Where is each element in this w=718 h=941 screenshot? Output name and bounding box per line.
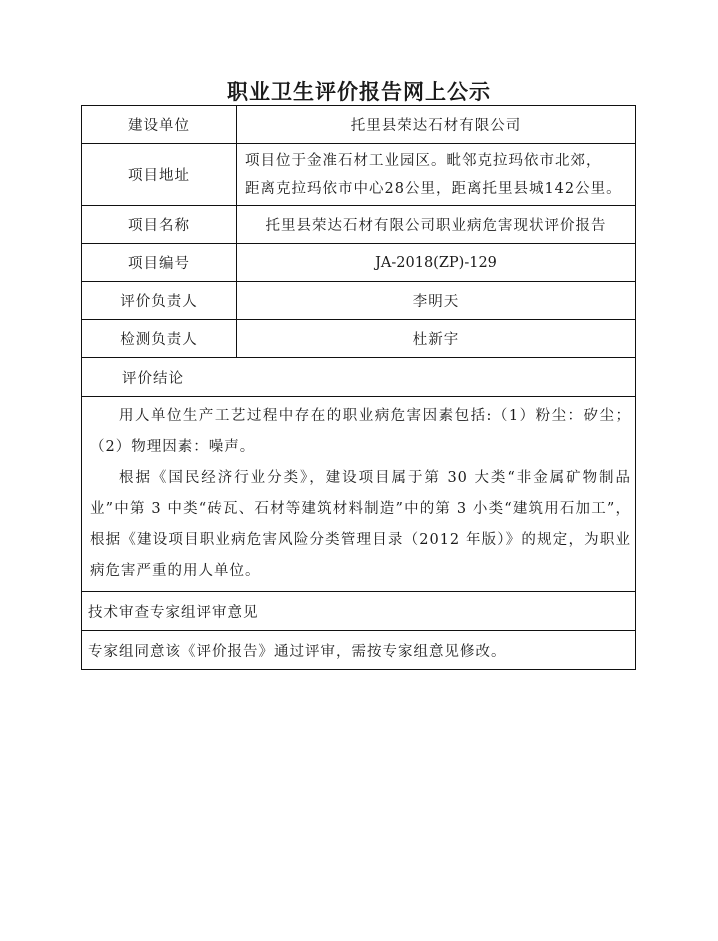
- label-evaluation-lead: 评价负责人: [82, 282, 237, 320]
- conclusion-paragraph-1: 用人单位生产工艺过程中存在的职业病危害因素包括:（1）粉尘：矽尘；（2）物理因素…: [90, 401, 631, 463]
- value-project-name: 托里县荣达石材有限公司职业病危害现状评价报告: [237, 206, 636, 244]
- table-row: 项目地址 项目位于金准石材工业园区。毗邻克拉玛依市北郊， 距离克拉玛依市中心28…: [82, 144, 636, 206]
- table-row: 项目编号 JA-2018(ZP)-129: [82, 244, 636, 282]
- review-text: 专家组同意该《评价报告》通过评审，需按专家组意见修改。: [82, 631, 636, 670]
- disclosure-table: 建设单位 托里县荣达石材有限公司 项目地址 项目位于金准石材工业园区。毗邻克拉玛…: [81, 105, 636, 670]
- table-row: 用人单位生产工艺过程中存在的职业病危害因素包括:（1）粉尘：矽尘；（2）物理因素…: [82, 397, 636, 592]
- label-testing-lead: 检测负责人: [82, 320, 237, 358]
- value-project-address: 项目位于金准石材工业园区。毗邻克拉玛依市北郊， 距离克拉玛依市中心28公里，距离…: [237, 144, 636, 206]
- label-project-number: 项目编号: [82, 244, 237, 282]
- conclusion-body: 用人单位生产工艺过程中存在的职业病危害因素包括:（1）粉尘：矽尘；（2）物理因素…: [82, 397, 636, 592]
- address-line-2: 距离克拉玛依市中心28公里，距离托里县城142公里。: [245, 175, 635, 203]
- value-project-number: JA-2018(ZP)-129: [237, 244, 636, 282]
- value-testing-lead: 杜新宇: [237, 320, 636, 358]
- conclusion-paragraph-2: 根据《国民经济行业分类》，建设项目属于第 30 大类“非金属矿物制品业”中第 3…: [90, 463, 631, 587]
- table-row: 检测负责人 杜新宇: [82, 320, 636, 358]
- label-project-name: 项目名称: [82, 206, 237, 244]
- table-row: 建设单位 托里县荣达石材有限公司: [82, 106, 636, 144]
- table-row: 专家组同意该《评价报告》通过评审，需按专家组意见修改。: [82, 631, 636, 670]
- table-row: 评价结论: [82, 358, 636, 397]
- label-construction-unit: 建设单位: [82, 106, 237, 144]
- conclusion-heading: 评价结论: [82, 358, 636, 397]
- table-row: 项目名称 托里县荣达石材有限公司职业病危害现状评价报告: [82, 206, 636, 244]
- table-row: 技术审查专家组评审意见: [82, 592, 636, 631]
- value-construction-unit: 托里县荣达石材有限公司: [237, 106, 636, 144]
- page-title: 职业卫生评价报告网上公示: [0, 76, 718, 106]
- address-line-1: 项目位于金准石材工业园区。毗邻克拉玛依市北郊，: [245, 147, 635, 175]
- table-row: 评价负责人 李明天: [82, 282, 636, 320]
- label-project-address: 项目地址: [82, 144, 237, 206]
- review-heading: 技术审查专家组评审意见: [82, 592, 636, 631]
- value-evaluation-lead: 李明天: [237, 282, 636, 320]
